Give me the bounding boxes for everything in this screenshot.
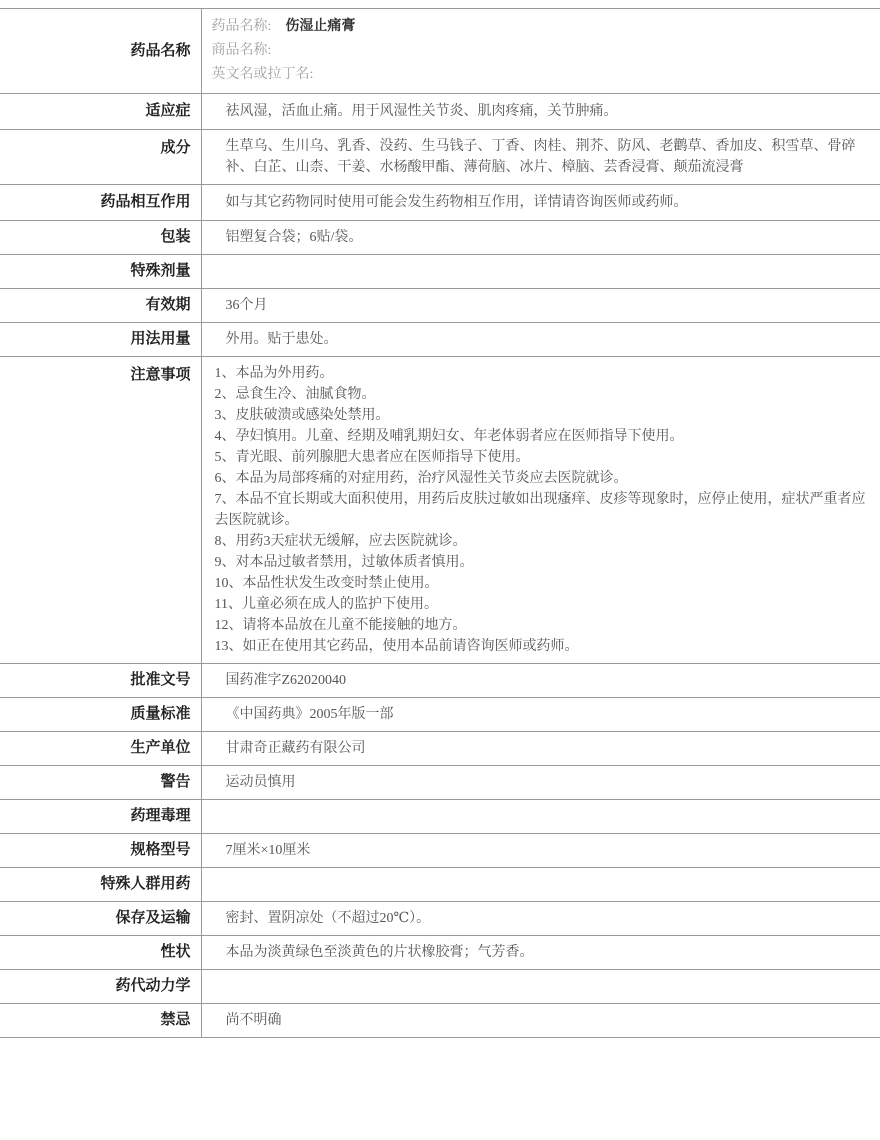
row-label: 性状 [0,936,201,970]
field-value: 伤湿止痛膏 [285,19,355,34]
table-row: 特殊剂量 [0,255,880,289]
trade-name-line: 商品名称: [212,39,871,63]
row-label: 药品名称 [0,9,201,94]
row-content: 运动员慎用 [201,766,880,800]
latin-name-line: 英文名或拉丁名: [212,63,871,87]
row-content: 国药准字Z62020040 [201,664,880,698]
row-label: 有效期 [0,289,201,323]
row-content: 1、本品为外用药。 2、忌食生冷、油腻食物。 3、皮肤破溃或感染处禁用。 4、孕… [201,357,880,664]
row-label: 禁忌 [0,1004,201,1038]
table-row: 保存及运输 密封、置阴凉处（不超过20℃）。 [0,902,880,936]
table-row: 特殊人群用药 [0,868,880,902]
table-row: 批准文号 国药准字Z62020040 [0,664,880,698]
table-row: 药品相互作用 如与其它药物同时使用可能会发生药物相互作用，详情请咨询医师或药师。 [0,185,880,221]
row-label: 包装 [0,221,201,255]
row-content: 生草乌、生川乌、乳香、没药、生马钱子、丁香、肉桂、荆芥、防风、老鹳草、香加皮、积… [201,130,880,185]
row-content [201,800,880,834]
row-content: 祛风湿，活血止痛。用于风湿性关节炎、肌肉疼痛，关节肿痛。 [201,94,880,130]
row-label: 批准文号 [0,664,201,698]
precaution-item: 10、本品性状发生改变时禁止使用。 [215,573,871,594]
drug-name-line: 药品名称:伤湿止痛膏 [212,15,871,39]
table-row: 包装 铝塑复合袋；6贴/袋。 [0,221,880,255]
table-row: 性状 本品为淡黄绿色至淡黄色的片状橡胶膏；气芳香。 [0,936,880,970]
table-row-drug-name: 药品名称 药品名称:伤湿止痛膏 商品名称: 英文名或拉丁名: [0,9,880,94]
row-content: 36个月 [201,289,880,323]
precaution-item: 6、本品为局部疼痛的对症用药，治疗风湿性关节炎应去医院就诊。 [215,468,871,489]
table-row: 警告 运动员慎用 [0,766,880,800]
table-row: 生产单位 甘肃奇正藏药有限公司 [0,732,880,766]
row-label: 注意事项 [0,357,201,664]
precaution-item: 11、儿童必须在成人的监护下使用。 [215,594,871,615]
row-label: 特殊人群用药 [0,868,201,902]
precaution-item: 7、本品不宜长期或大面积使用，用药后皮肤过敏如出现瘙痒、皮疹等现象时，应停止使用… [215,489,871,531]
table-row: 有效期 36个月 [0,289,880,323]
row-content [201,970,880,1004]
row-content: 外用。贴于患处。 [201,323,880,357]
row-content [201,868,880,902]
precaution-item: 4、孕妇慎用。儿童、经期及哺乳期妇女、年老体弱者应在医师指导下使用。 [215,426,871,447]
row-label: 警告 [0,766,201,800]
field-label: 药品名称: [212,19,272,34]
row-content: 《中国药典》2005年版一部 [201,698,880,732]
table-row: 用法用量 外用。贴于患处。 [0,323,880,357]
row-label: 药品相互作用 [0,185,201,221]
field-label: 英文名或拉丁名: [212,67,314,82]
row-label: 适应症 [0,94,201,130]
precaution-item: 8、用药3天症状无缓解，应去医院就诊。 [215,531,871,552]
row-label: 成分 [0,130,201,185]
row-content: 铝塑复合袋；6贴/袋。 [201,221,880,255]
table-row: 质量标准 《中国药典》2005年版一部 [0,698,880,732]
table-row-precautions: 注意事项 1、本品为外用药。 2、忌食生冷、油腻食物。 3、皮肤破溃或感染处禁用… [0,357,880,664]
drug-info-table: 药品名称 药品名称:伤湿止痛膏 商品名称: 英文名或拉丁名: 适应症 祛风湿，活… [0,8,880,1038]
row-label: 药理毒理 [0,800,201,834]
row-content: 甘肃奇正藏药有限公司 [201,732,880,766]
row-content: 密封、置阴凉处（不超过20℃）。 [201,902,880,936]
table-row: 药理毒理 [0,800,880,834]
row-content: 本品为淡黄绿色至淡黄色的片状橡胶膏；气芳香。 [201,936,880,970]
row-content [201,255,880,289]
table-row: 药代动力学 [0,970,880,1004]
field-label: 商品名称: [212,43,272,58]
row-label: 药代动力学 [0,970,201,1004]
drug-info-page: 药品名称 药品名称:伤湿止痛膏 商品名称: 英文名或拉丁名: 适应症 祛风湿，活… [0,0,880,1140]
precaution-item: 2、忌食生冷、油腻食物。 [215,384,871,405]
row-label: 用法用量 [0,323,201,357]
row-content: 药品名称:伤湿止痛膏 商品名称: 英文名或拉丁名: [201,9,880,94]
precaution-item: 12、请将本品放在儿童不能接触的地方。 [215,615,871,636]
table-row: 规格型号 7厘米×10厘米 [0,834,880,868]
row-content: 7厘米×10厘米 [201,834,880,868]
table-row: 禁忌 尚不明确 [0,1004,880,1038]
precaution-item: 1、本品为外用药。 [215,363,871,384]
precaution-item: 13、如正在使用其它药品，使用本品前请咨询医师或药师。 [215,636,871,657]
row-label: 质量标准 [0,698,201,732]
row-content: 尚不明确 [201,1004,880,1038]
precaution-item: 3、皮肤破溃或感染处禁用。 [215,405,871,426]
table-row: 成分 生草乌、生川乌、乳香、没药、生马钱子、丁香、肉桂、荆芥、防风、老鹳草、香加… [0,130,880,185]
precaution-item: 5、青光眼、前列腺肥大患者应在医师指导下使用。 [215,447,871,468]
row-content: 如与其它药物同时使用可能会发生药物相互作用，详情请咨询医师或药师。 [201,185,880,221]
row-label: 规格型号 [0,834,201,868]
row-label: 保存及运输 [0,902,201,936]
row-label: 特殊剂量 [0,255,201,289]
table-row: 适应症 祛风湿，活血止痛。用于风湿性关节炎、肌肉疼痛，关节肿痛。 [0,94,880,130]
precaution-item: 9、对本品过敏者禁用，过敏体质者慎用。 [215,552,871,573]
row-label: 生产单位 [0,732,201,766]
